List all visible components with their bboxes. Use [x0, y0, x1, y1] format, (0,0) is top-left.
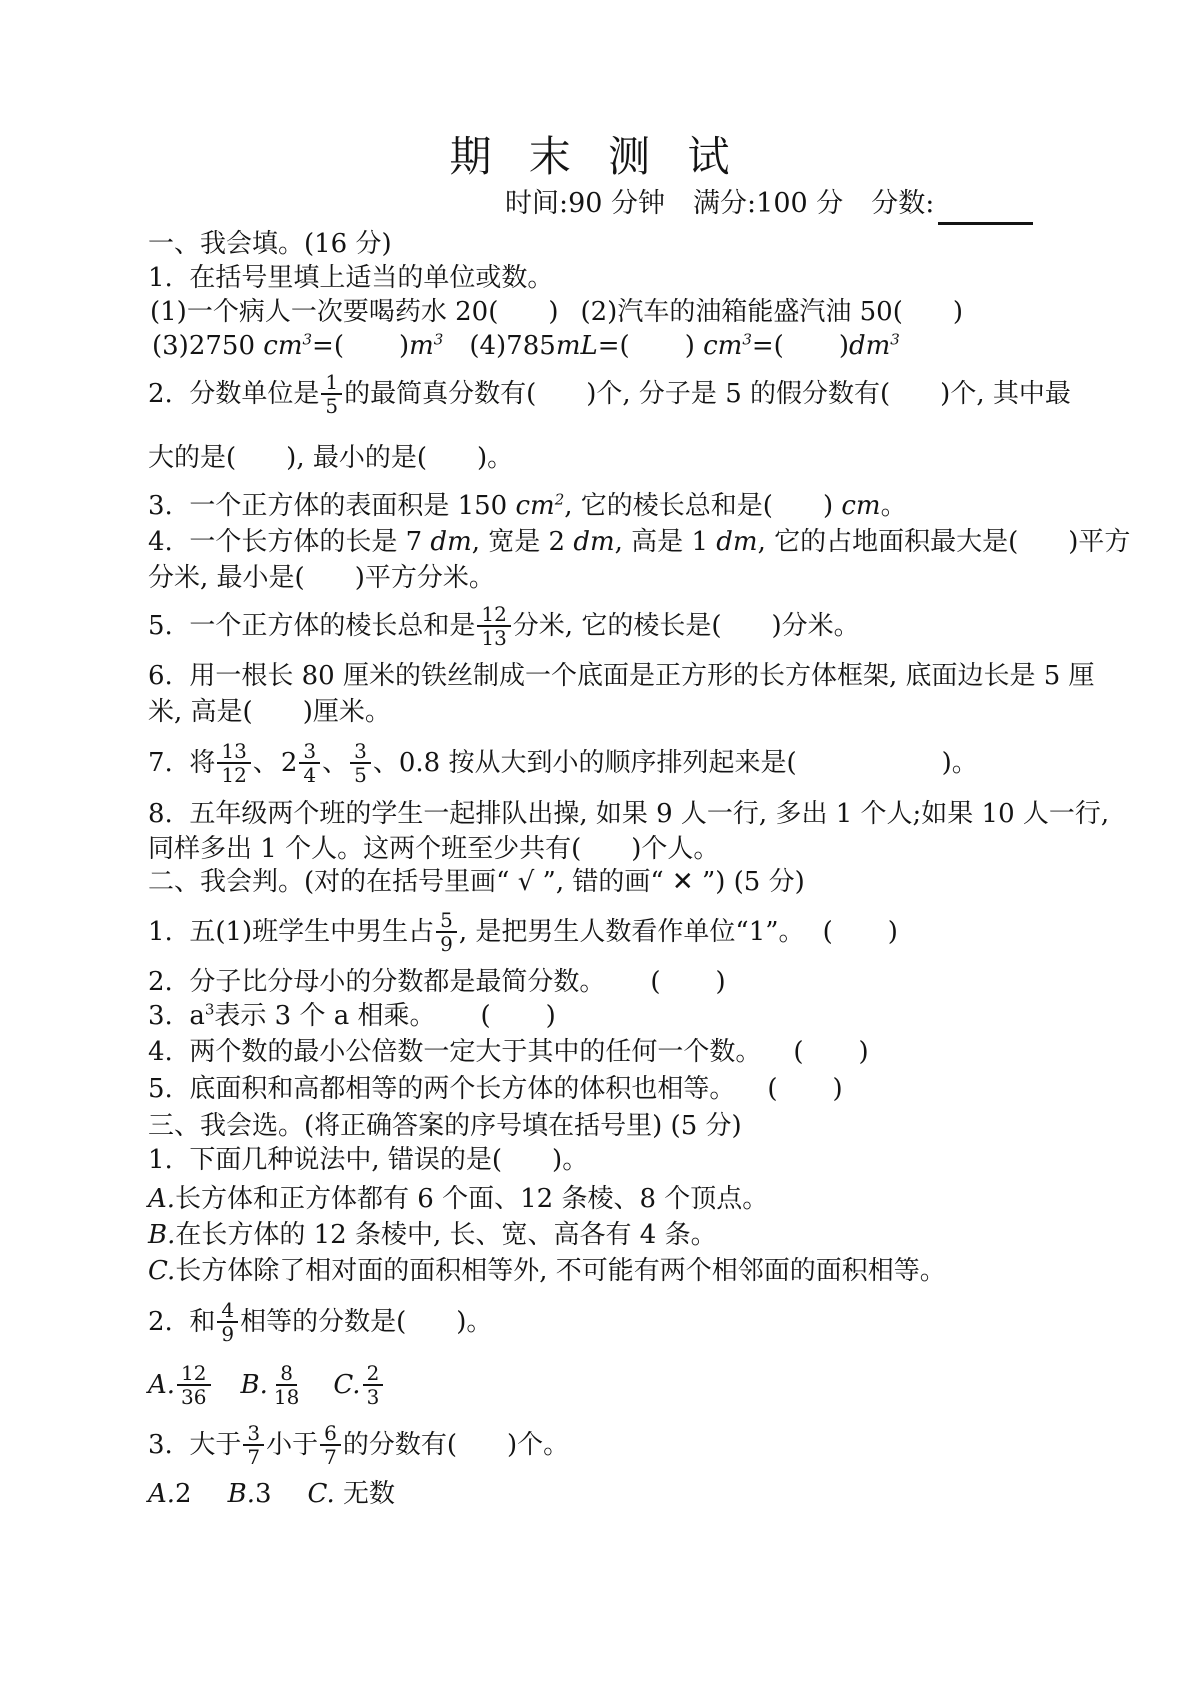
exam-meta: 时间:90 分钟 满分:100 分 分数: [505, 186, 1033, 222]
page-title: 期 末 测 试 [0, 124, 1191, 184]
section1-header: 一、我会填。(16 分) [148, 226, 392, 262]
q1-items-1-2: (1)一个病人一次要喝药水 20()(2)汽车的油箱能盛汽油 50() [150, 294, 963, 330]
choice-1: 1. 下面几种说法中, 错误的是()。 [148, 1142, 588, 1178]
q8-line1: 8. 五年级两个班的学生一起排队出操, 如果 9 人一行, 多出 1 个人;如果… [148, 796, 1109, 832]
choice-3-options: A.2B.3C. 无数 [148, 1476, 395, 1512]
judge-3: 3. a3表示 3 个 a 相乘。() [148, 998, 556, 1034]
q8-line2: 同样多出 1 个人。这两个班至少共有()个人。 [148, 831, 719, 867]
q1-prompt: 1. 在括号里填上适当的单位或数。 [148, 260, 553, 296]
q2-line2: 大的是(), 最小的是()。 [148, 440, 513, 476]
choice-1-option-b: B.在长方体的 12 条棱中, 长、宽、高各有 4 条。 [148, 1217, 717, 1253]
choice-3: 3. 大于37小于67的分数有()个。 [148, 1414, 569, 1476]
choice-2-options: A.1236B.818C.23 [148, 1352, 385, 1418]
q6-line2: 米, 高是()厘米。 [148, 694, 391, 730]
judge-2: 2. 分子比分母小的分数都是最简分数。() [148, 964, 726, 1000]
time-label: 时间:90 分钟 [505, 186, 665, 222]
judge-1: 1. 五(1)班学生中男生占59, 是把男生人数看作单位“1”。() [148, 904, 898, 960]
q1-items-3-4: (3)2750 cm3=()m3(4)785mL=() cm3=()dm3 [152, 328, 900, 364]
score-fill-blank [938, 192, 1033, 225]
q7: 7. 将1312、234、35、0.8 按从大到小的顺序排列起来是()。 [148, 736, 978, 790]
test-paper: 期 末 测 试 时间:90 分钟 满分:100 分 分数: 一、我会填。(16 … [0, 0, 1191, 1684]
q4-line1: 4. 一个长方体的长是 7 dm, 宽是 2 dm, 高是 1 dm, 它的占地… [148, 524, 1130, 560]
full-score-label: 满分:100 分 [693, 186, 843, 222]
score-label: 分数: [871, 186, 934, 222]
choice-2: 2. 和49相等的分数是()。 [148, 1292, 492, 1352]
q3: 3. 一个正方体的表面积是 150 cm2, 它的棱长总和是() cm。 [148, 488, 907, 524]
section2-header: 二、我会判。(对的在括号里画“ √ ”, 错的画“ ✕ ”) (5 分) [148, 864, 805, 900]
q5: 5. 一个正方体的棱长总和是1213分米, 它的棱长是()分米。 [148, 598, 860, 654]
judge-5: 5. 底面积和高都相等的两个长方体的体积也相等。() [148, 1071, 843, 1107]
q4-line2: 分米, 最小是()平方分米。 [148, 560, 495, 596]
judge-4: 4. 两个数的最小公倍数一定大于其中的任何一个数。() [148, 1034, 869, 1070]
section3-header: 三、我会选。(将正确答案的序号填在括号里) (5 分) [148, 1108, 742, 1144]
choice-1-option-c: C.长方体除了相对面的面积相等外, 不可能有两个相邻面的面积相等。 [148, 1253, 946, 1289]
choice-1-option-a: A.长方体和正方体都有 6 个面、12 条棱、8 个顶点。 [148, 1181, 768, 1217]
q6-line1: 6. 用一根长 80 厘米的铁丝制成一个底面是正方形的长方体框架, 底面边长是 … [148, 658, 1095, 694]
q2-line1: 2. 分数单位是15的最简真分数有()个, 分子是 5 的假分数有()个, 其中… [148, 366, 1071, 422]
